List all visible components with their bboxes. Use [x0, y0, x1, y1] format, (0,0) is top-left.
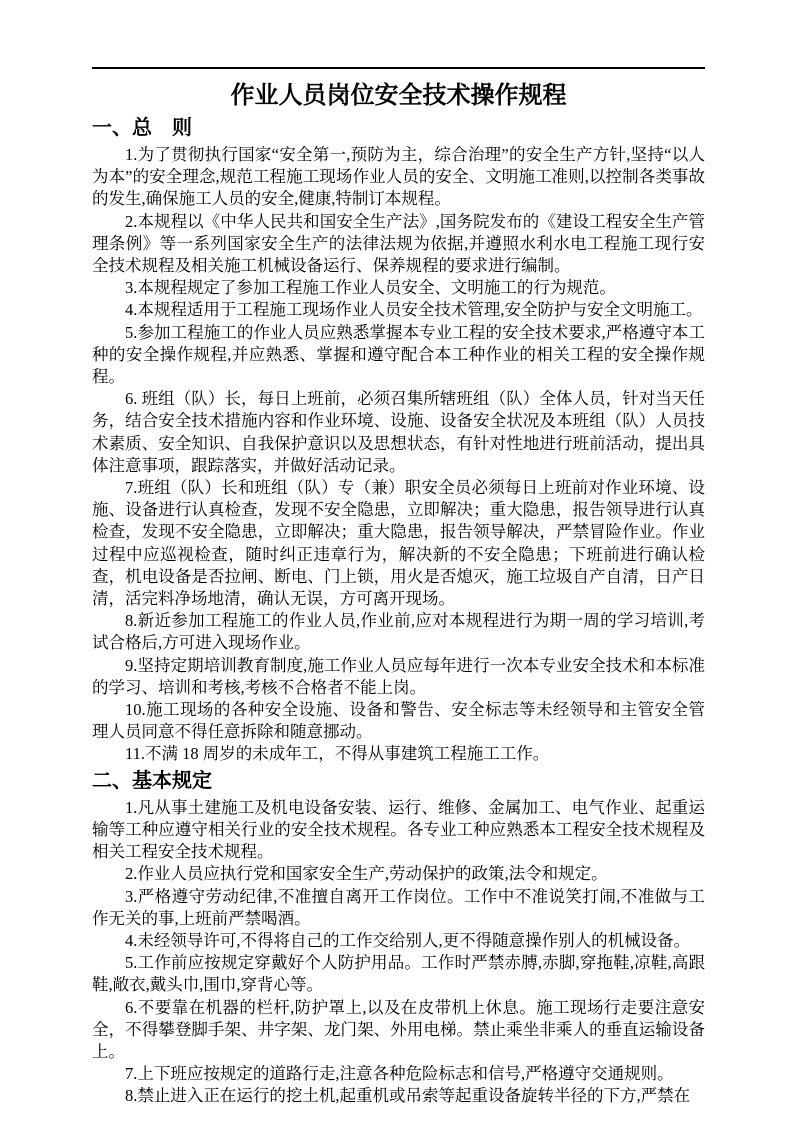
document-title: 作业人员岗位安全技术操作规程: [92, 81, 705, 111]
paragraph: 4.未经领导许可,不得将自己的工作交给别人,更不得随意操作别人的机械设备。: [92, 930, 705, 952]
header-rule: [92, 67, 705, 69]
paragraph: 3.严格遵守劳动纪律,不准擅自离开工作岗位。工作中不准说笑打闹,不准做与工作无关…: [92, 886, 705, 930]
paragraph: 1.凡从事土建施工及机电设备安装、运行、维修、金属加工、电气作业、起重运输等工种…: [92, 797, 705, 864]
paragraph: 2.本规程以《中华人民共和国安全生产法》,国务院发布的《建设工程安全生产管理条例…: [92, 211, 705, 278]
paragraph: 8.禁止进入正在运行的挖土机,起重机或吊索等起重设备旋转半径的下方,严禁在: [92, 1085, 705, 1107]
paragraph-list-general-rules: 1.为了贯彻执行国家“安全第一,预防为主，综合治理”的安全生产方针,坚持“以人为…: [92, 144, 705, 766]
paragraph: 10.施工现场的各种安全设施、设备和警告、安全标志等未经领导和主管安全管理人员同…: [92, 699, 705, 743]
paragraph: 3.本规程规定了参加工程施工作业人员安全、文明施工的行为规范。: [92, 277, 705, 299]
paragraph-list-basic-regulations: 1.凡从事土建施工及机电设备安装、运行、维修、金属加工、电气作业、起重运输等工种…: [92, 797, 705, 1108]
paragraph: 1.为了贯彻执行国家“安全第一,预防为主，综合治理”的安全生产方针,坚持“以人为…: [92, 144, 705, 211]
paragraph: 4.本规程适用于工程施工现场作业人员安全技术管理,安全防护与安全文明施工。: [92, 299, 705, 321]
paragraph: 5.参加工程施工的作业人员应熟悉掌握本专业工程的安全技术要求,严格遵守本工种的安…: [92, 322, 705, 389]
section-general-rules: 一、总 则 1.为了贯彻执行国家“安全第一,预防为主，综合治理”的安全生产方针,…: [92, 115, 705, 766]
section-heading-basic-regulations: 二、基本规定: [92, 768, 705, 795]
paragraph: 9.坚持定期培训教育制度,施工作业人员应每年进行一次本专业安全技术和本标准的学习…: [92, 655, 705, 699]
paragraph: 6. 班组（队）长，每日上班前，必须召集所辖班组（队）全体人员，针对当天任务，结…: [92, 388, 705, 477]
paragraph: 7.班组（队）长和班组（队）专（兼）职安全员必须每日上班前对作业环境、设施、设备…: [92, 477, 705, 610]
section-basic-regulations: 二、基本规定 1.凡从事土建施工及机电设备安装、运行、维修、金属加工、电气作业、…: [92, 768, 705, 1108]
paragraph: 11.不满 18 周岁的未成年工，不得从事建筑工程施工工作。: [92, 743, 705, 765]
paragraph: 7.上下班应按规定的道路行走,注意各种危险标志和信号,严格遵守交通规则。: [92, 1063, 705, 1085]
document-page: 作业人员岗位安全技术操作规程 一、总 则 1.为了贯彻执行国家“安全第一,预防为…: [0, 0, 793, 1122]
paragraph: 5.工作前应按规定穿戴好个人防护用品。工作时严禁赤膊,赤脚,穿拖鞋,凉鞋,高跟鞋…: [92, 952, 705, 996]
section-heading-general-rules: 一、总 则: [92, 115, 705, 142]
paragraph: 8.新近参加工程施工的作业人员,作业前,应对本规程进行为期一周的学习培训,考试合…: [92, 610, 705, 654]
paragraph: 6.不要靠在机器的栏杆,防护罩上,以及在皮带机上休息。施工现场行走要注意安全，不…: [92, 997, 705, 1064]
paragraph: 2.作业人员应执行党和国家安全生产,劳动保护的政策,法令和规定。: [92, 863, 705, 885]
